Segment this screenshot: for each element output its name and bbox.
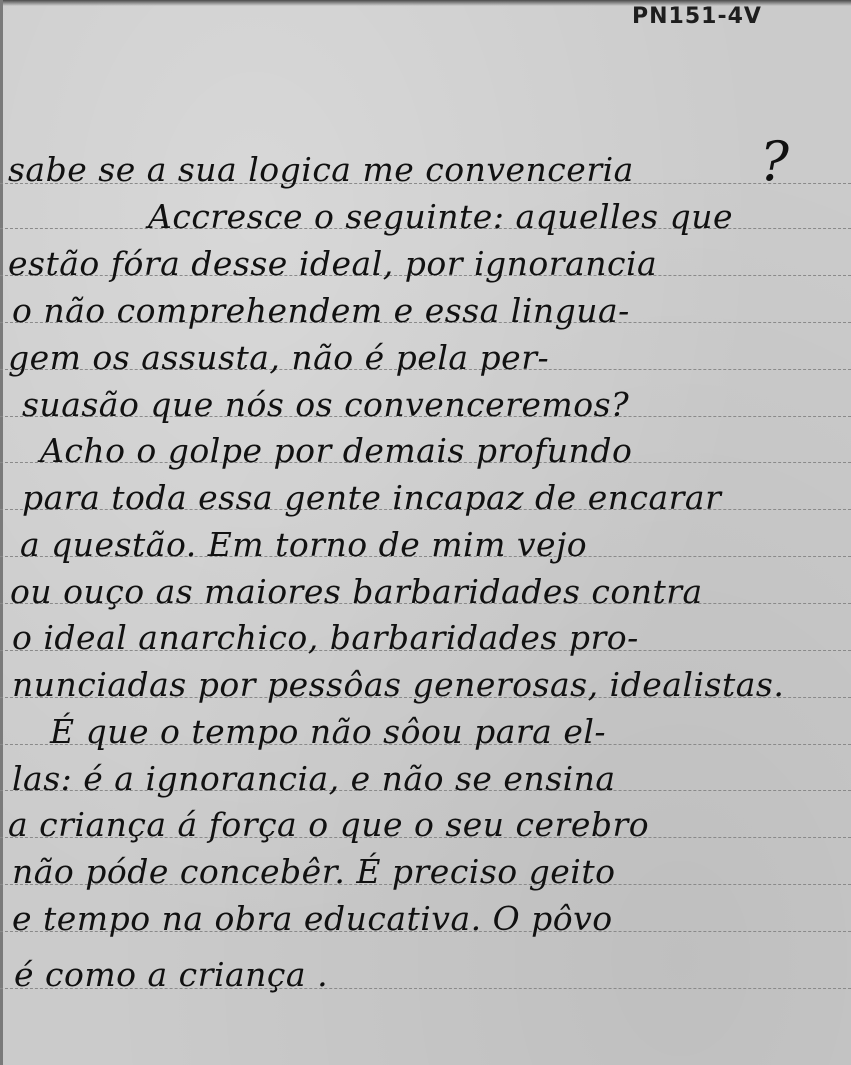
text-line: ou ouço as maiores barbaridades contra: [10, 572, 703, 611]
text-line: é como a criança .: [14, 955, 328, 994]
text-line: nunciadas por pessôas generosas, idealis…: [12, 665, 784, 704]
text-line: las: é a ignorancia, e não se ensina: [12, 759, 616, 798]
text-line: a questão. Em torno de mim vejo: [20, 525, 587, 564]
question-mark: ?: [760, 130, 789, 193]
text-line: para toda essa gente incapaz de encarar: [22, 478, 721, 517]
text-line: suasão que nós os convenceremos?: [22, 385, 629, 424]
text-line: sabe se a sua logica me convenceria: [8, 150, 634, 189]
text-line: a criança á força o que o seu cerebro: [8, 805, 649, 844]
archive-id-label: PN151-4V: [632, 4, 762, 29]
text-line: não póde concebêr. É preciso geito: [12, 852, 616, 891]
text-line: e tempo na obra educativa. O pôvo: [12, 899, 613, 938]
text-line: o não comprehendem e essa lingua-: [12, 291, 630, 330]
text-line: o ideal anarchico, barbaridades pro-: [12, 618, 639, 657]
text-line: É que o tempo não sôou para el-: [50, 712, 606, 751]
text-line: estão fóra desse ideal, por ignorancia: [8, 244, 657, 283]
text-line: gem os assusta, não é pela per-: [8, 338, 549, 377]
manuscript-page: PN151-4V sabe se a sua logica me convenc…: [0, 0, 851, 1065]
text-line: Accresce o seguinte: aquelles que: [148, 197, 733, 236]
text-line: Acho o golpe por demais profundo: [40, 431, 632, 470]
page-left-edge: [0, 0, 3, 1065]
